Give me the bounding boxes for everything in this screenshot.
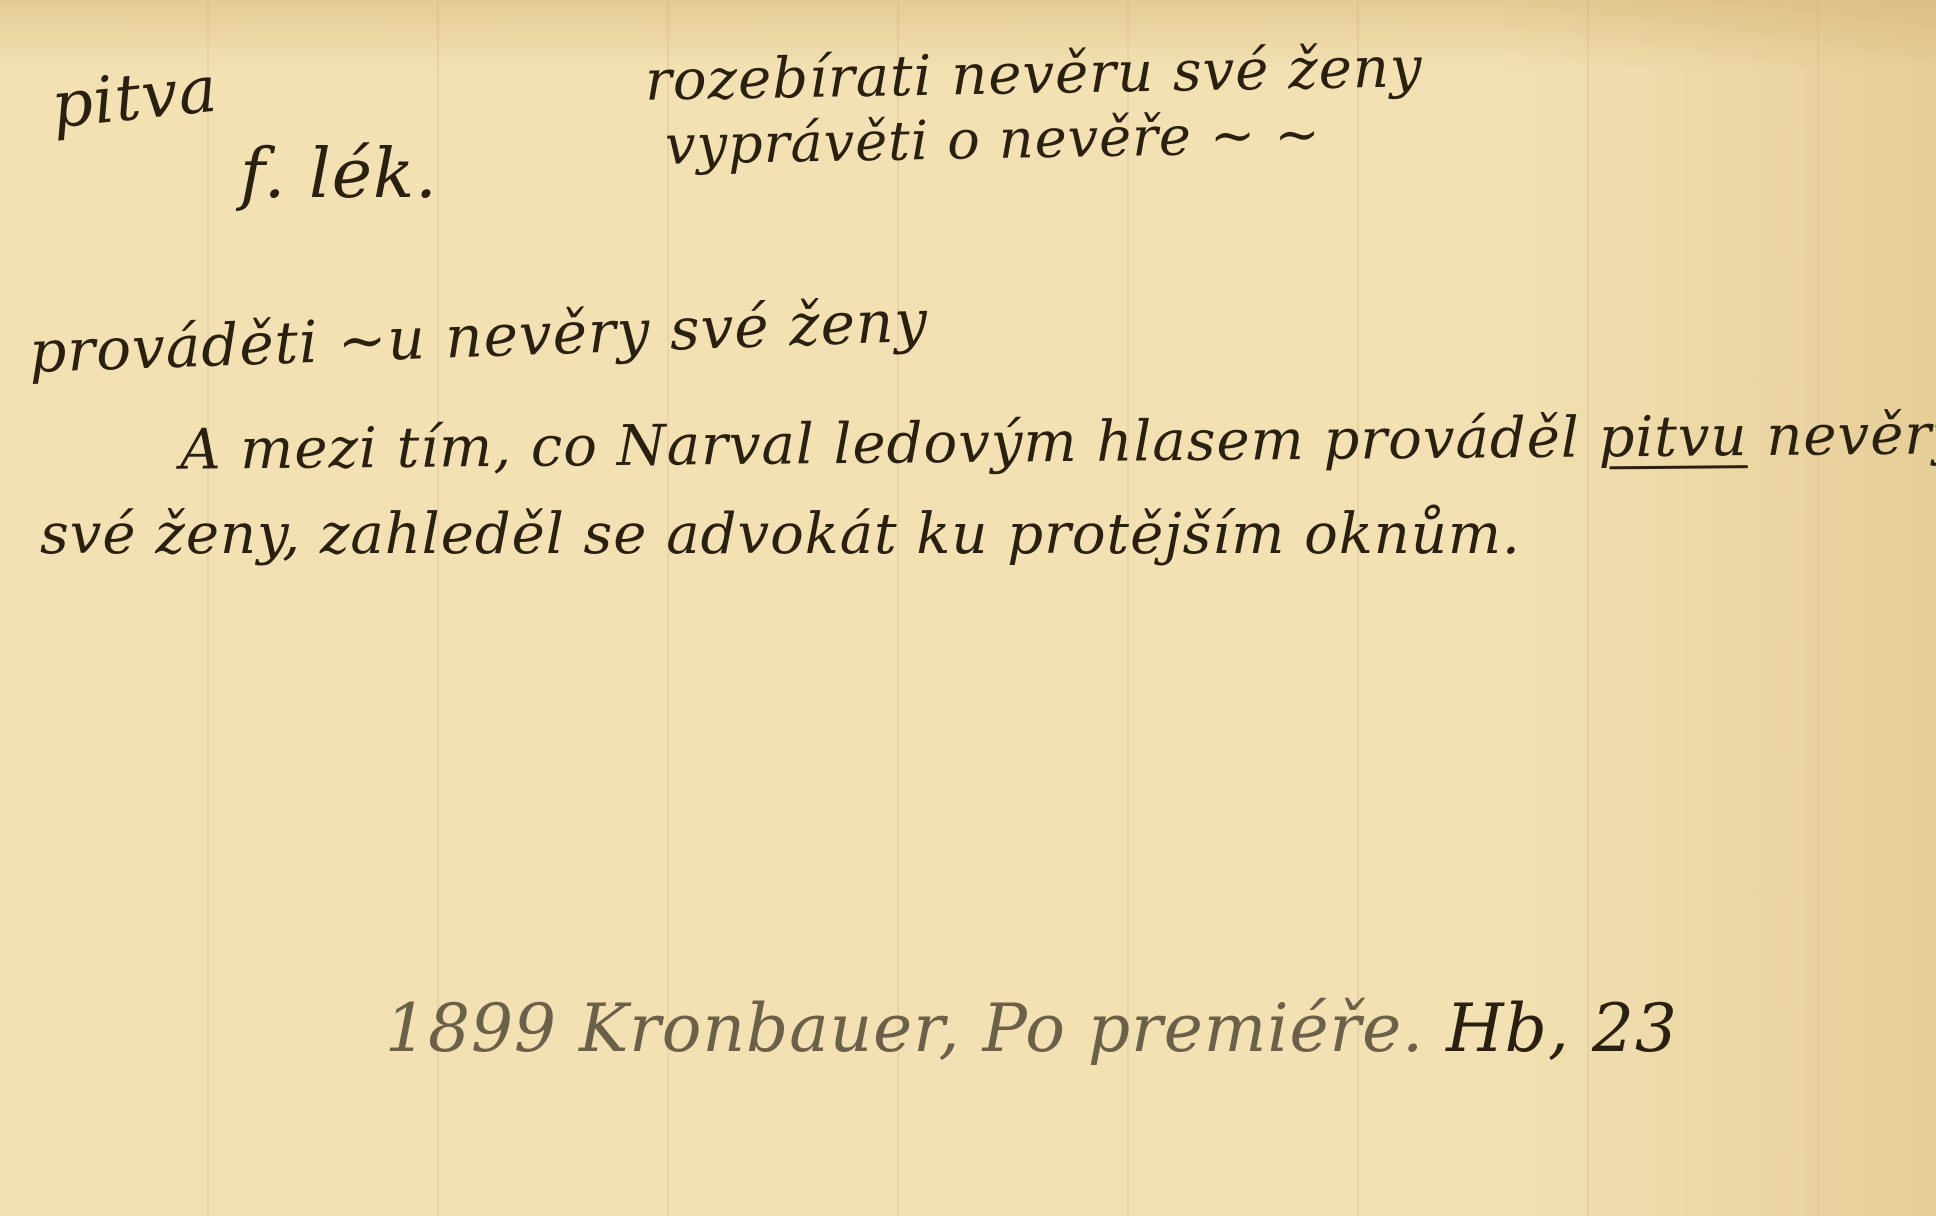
- grammar-label: f. lék.: [240, 135, 438, 214]
- citation-work: Po premiéře.: [982, 990, 1424, 1067]
- example-sentence-line-1: A mezi tím, co Narval ledovým hlasem pro…: [180, 402, 1936, 483]
- collocation: prováděti ~u nevěry své ženy: [28, 287, 929, 386]
- citation-source-ref: Hb, 23: [1446, 990, 1678, 1067]
- definition-2: vyprávěti o nevěře ~ ~: [665, 102, 1322, 176]
- headword: pitva: [48, 53, 221, 144]
- example-text-after: nevěry: [1747, 402, 1936, 469]
- example-text-before: A mezi tím, co Narval ledovým hlasem pro…: [180, 405, 1599, 482]
- source-citation: 1899 Kronbauer, Po premiéře. Hb, 23: [385, 990, 1678, 1067]
- index-slip-paper: pitva f. lék. rozebírati nevěru své ženy…: [0, 0, 1936, 1216]
- example-underlined-headword: pitvu: [1598, 404, 1748, 470]
- citation-year: 1899: [385, 990, 557, 1067]
- citation-author: Kronbauer,: [579, 990, 961, 1067]
- example-sentence-line-2: své ženy, zahleděl se advokát ku protějš…: [40, 502, 1521, 567]
